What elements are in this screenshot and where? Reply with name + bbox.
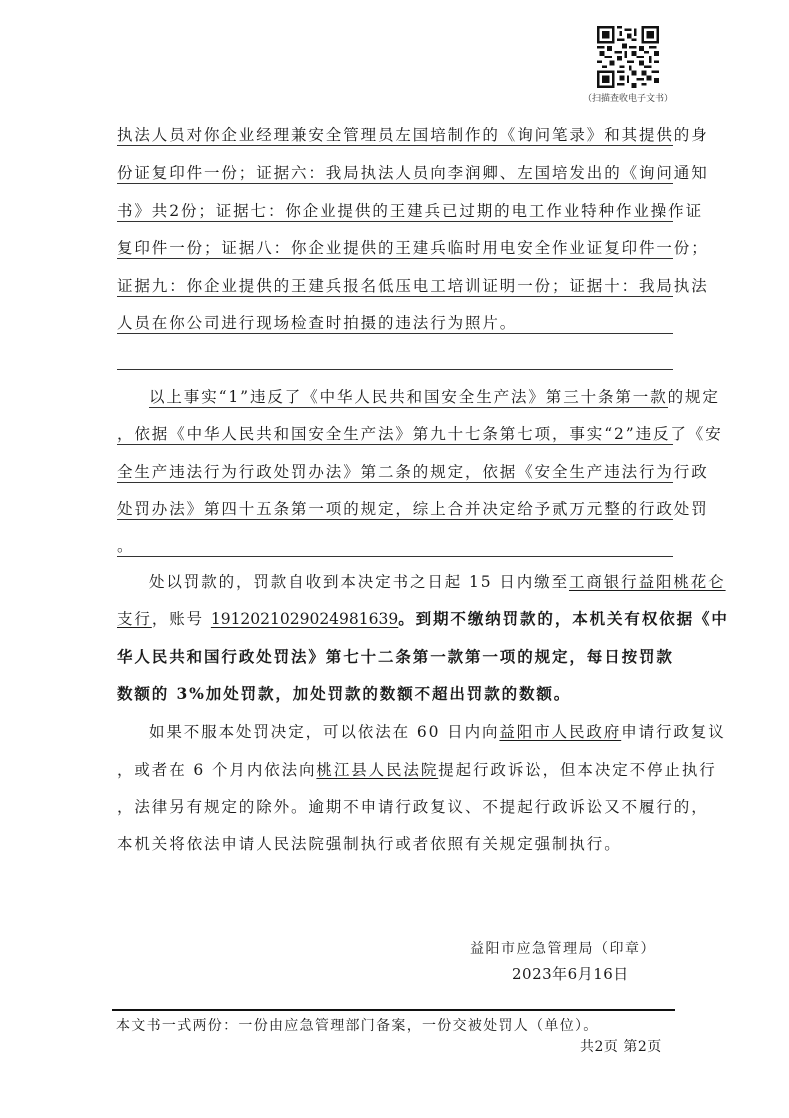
- qr-code-icon: [597, 26, 659, 88]
- appeal-text: 如果不服本处罚决定，可以依法在 60 日内向: [149, 723, 499, 741]
- court-name: 桃江县人民法院: [316, 761, 438, 779]
- legal-basis-line: 以上事实“1”违反了《中华人民共和国安全生产法》第三十条第一款的规定: [149, 387, 668, 408]
- appeal-line-3: ，法律另有规定的除外。逾期不申请行政复议、不提起行政诉讼又不履行的，: [117, 797, 673, 817]
- legal-basis-line: 全生产违法行为行政处罚办法》第二条的规定，依据《安全生产违法行为行政: [117, 462, 673, 483]
- evidence-line: 人员在你公司进行现场检查时拍摄的违法行为照片。: [117, 313, 673, 334]
- bank-branch: 支行: [117, 610, 152, 628]
- evidence-line: 书》共2份；证据七：你企业提供的王建兵已过期的电工作业特种作业操作证: [117, 201, 673, 222]
- fine-text: 处以罚款的，罚款自收到本决定书之日起 15 日内缴至: [149, 573, 569, 591]
- qr-code-block: （扫描查收电子文书）: [578, 26, 678, 104]
- evidence-line: 复印件一份；证据八：你企业提供的王建兵临时用电安全作业证复印件一份；: [117, 238, 673, 259]
- copies-note: 本文书一式两份：一份由应急管理部门备案，一份交被处罚人（单位）。: [116, 1015, 599, 1035]
- qr-caption: （扫描查收电子文书）: [578, 91, 678, 104]
- evidence-line: 执法人员对你企业经理兼安全管理员左国培制作的《询问笔录》和其提供的身: [117, 125, 673, 146]
- issue-date: 2023年6月16日: [512, 963, 629, 984]
- legal-basis-line: 。: [117, 536, 673, 557]
- footer-rule: [112, 1009, 675, 1011]
- penalty-warning-line: 数额的 3%加处罚款，加处罚款的数额不超出罚款的数额。: [117, 684, 673, 704]
- evidence-line: 证据九：你企业提供的王建兵报名低压电工培训证明一份；证据十：我局执法: [117, 276, 673, 297]
- appeal-line-2: ，或者在 6 个月内依法向桃江县人民法院提起行政诉讼，但本决定不停止执行: [117, 760, 673, 780]
- fine-line-1: 处以罚款的，罚款自收到本决定书之日起 15 日内缴至工商银行益阳桃花仑: [117, 572, 673, 592]
- appeal-text: 申请行政复议: [621, 723, 725, 741]
- penalty-warning-line: 华人民共和国行政处罚法》第七十二条第一款第一项的规定，每日按罚款: [117, 647, 673, 667]
- account-number: 191202102902498163​9: [211, 610, 398, 628]
- appeal-line-1: 如果不服本处罚决定，可以依法在 60 日内向益阳市人民政府申请行政复议: [117, 722, 673, 742]
- bank-name: 工商银行益阳桃花仑: [569, 573, 726, 591]
- legal-basis-line-wrap: 以上事实“1”违反了《中华人民共和国安全生产法》第三十条第一款的规定: [117, 387, 673, 407]
- issuing-authority: 益阳市应急管理局（印章）: [470, 938, 656, 958]
- appeal-text: 提起行政诉讼，但本决定不停止执行: [438, 761, 716, 779]
- penalty-warning: 。到期不缴纳罚款的，本机关有权依据《中: [398, 609, 729, 628]
- review-authority: 益阳市人民政府: [499, 723, 621, 741]
- legal-basis-line: ，依据《中华人民共和国安全生产法》第九十七条第七项，事实“2”违反了《安: [117, 424, 673, 445]
- account-label: ，账号: [152, 610, 211, 628]
- appeal-line-4: 本机关将依法申请人民法院强制执行或者依照有关规定强制执行。: [117, 834, 673, 854]
- fine-line-2: 支行，账号 191202102902498163​9。到期不缴纳罚款的，本机关有…: [117, 609, 673, 629]
- blank-underline: [117, 369, 673, 370]
- page-info: 共2页 第2页: [580, 1036, 662, 1056]
- evidence-line: 份证复印件一份；证据六：我局执法人员向李润卿、左国培发出的《询问通知: [117, 163, 673, 184]
- appeal-text: ，或者在 6 个月内依法向: [117, 761, 316, 779]
- legal-basis-line: 处罚办法》第四十五条第一项的规定，综上合并决定给予贰万元整的行政处罚: [117, 499, 673, 520]
